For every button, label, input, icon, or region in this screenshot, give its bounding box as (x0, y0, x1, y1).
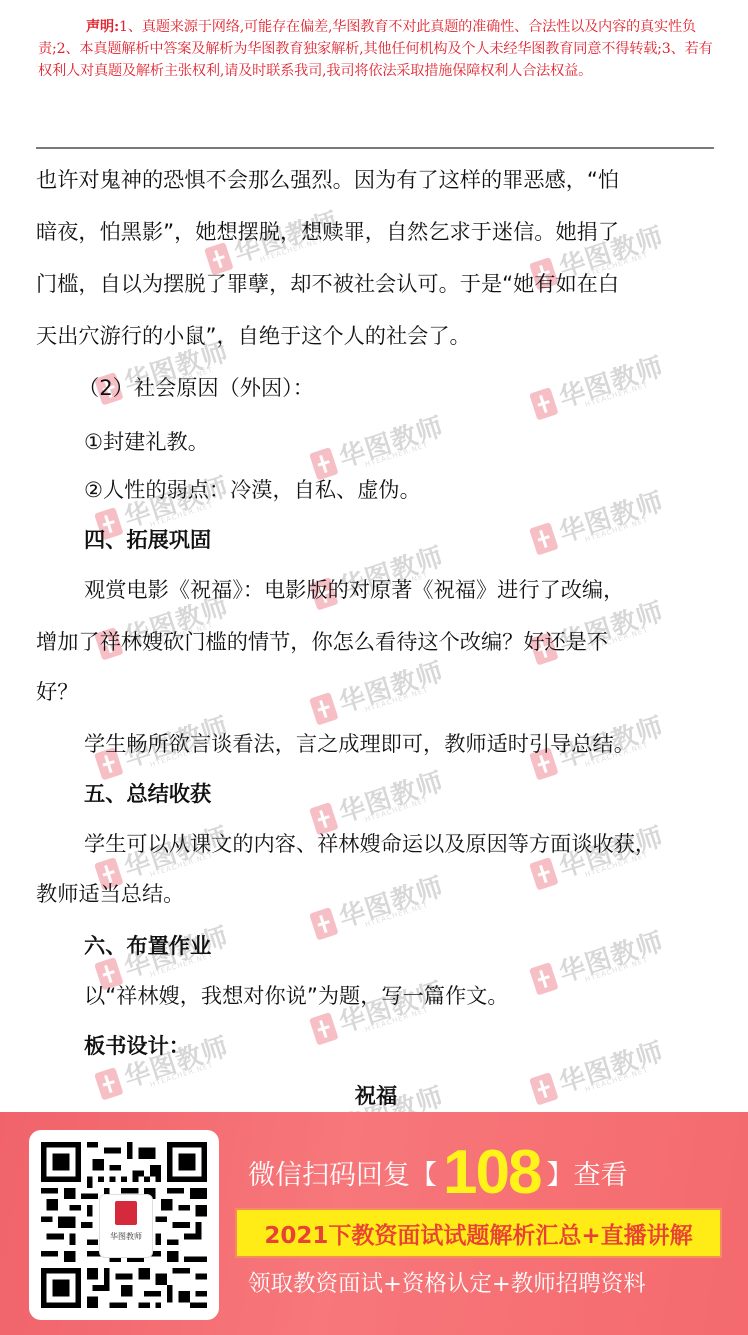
list-item: ②人性的弱点：冷漠，自私、虚伪。 (84, 474, 421, 504)
sub-heading: （2）社会原因（外因）： (78, 372, 314, 402)
watermark-logo-icon: 华图教师HTEACHER.NET (526, 473, 684, 567)
paragraph-line: 暗夜，怕黑影”，她想摆脱，想赎罪，自然乞求于迷信。她捐了 (36, 216, 619, 246)
disclaimer: 声明:1、真题来源于网络,可能存在偏差,华图教育不对此真题的准确性、合法性以及内… (38, 16, 718, 82)
watermark-logo-icon: 华图教师HTEACHER.NET (306, 963, 464, 1057)
reply-code: 108 (443, 1137, 540, 1208)
paragraph-line: 增加了祥林嫂砍门槛的情节，你怎么看待这个改编？好还是不 (36, 626, 608, 656)
bracket-open: 【 (410, 1153, 437, 1192)
board-design-label: 板书设计： (84, 1030, 190, 1060)
bracket-close: 】 (546, 1153, 573, 1192)
list-item: ①封建礼教。 (84, 426, 209, 456)
paragraph-line: 学生畅所欲言谈看法，言之成理即可，教师适时引导总结。 (84, 728, 635, 758)
disclaimer-label: 声明: (86, 19, 119, 35)
watermark-logo-icon: 华图教师HTEACHER.NET (526, 913, 684, 1007)
qr-brand-logo: 华图教师 (99, 1194, 153, 1258)
paragraph-line: 门槛，自以为摆脱了罪孽，却不被社会认可。于是“她有如在白 (36, 268, 619, 298)
watermark-logo-icon: 华图教师HTEACHER.NET (306, 858, 464, 952)
paragraph-line: 好？ (36, 676, 78, 706)
headline-prefix: 微信扫码回复 (248, 1153, 410, 1192)
paragraph-line: 观赏电影《祝福》：电影版的对原著《祝福》进行了改编， (84, 574, 624, 604)
disclaimer-text: 1、真题来源于网络,可能存在偏差,华图教育不对此真题的准确性、合法性以及内容的真… (38, 19, 713, 79)
section-heading: 六、布置作业 (84, 930, 211, 960)
section-heading: 四、拓展巩固 (84, 524, 211, 554)
section-heading: 五、总结收获 (84, 778, 211, 808)
divider (36, 147, 714, 149)
brand-name: 华图教师 (100, 1231, 152, 1242)
paragraph-line: 学生可以从课文的内容、祥林嫂命运以及原因等方面谈收获， (84, 828, 656, 858)
brand-logo-icon (115, 1201, 137, 1225)
banner-headline: 微信扫码回复 【 108 】 查看 (248, 1134, 627, 1210)
promo-banner[interactable]: 华图教师 微信扫码回复 【 108 】 查看 2021下教资面试试题解析汇总+直… (0, 1112, 748, 1335)
qr-code-card[interactable]: 华图教师 (29, 1130, 219, 1320)
paragraph-line: 教师适当总结。 (36, 878, 184, 908)
paragraph-line: 天出穴游行的小鼠”，自绝于这个人的社会了。 (36, 320, 471, 350)
paragraph-line: 也许对鬼神的恐惧不会那么强烈。因为有了这样的罪恶感，“怕 (36, 164, 619, 194)
watermark-logo-icon: 华图教师HTEACHER.NET (306, 643, 464, 737)
banner-subline: 领取教资面试+资格认定+教师招聘资料 (248, 1266, 728, 1298)
highlight-box: 2021下教资面试试题解析汇总+直播讲解 (235, 1208, 722, 1258)
paragraph-line: 以“祥林嫂，我想对你说”为题，写一篇作文。 (84, 980, 509, 1010)
headline-suffix: 查看 (573, 1153, 627, 1192)
board-title: 祝福 (36, 1080, 716, 1110)
watermark-logo-icon: 华图教师HTEACHER.NET (526, 338, 684, 432)
